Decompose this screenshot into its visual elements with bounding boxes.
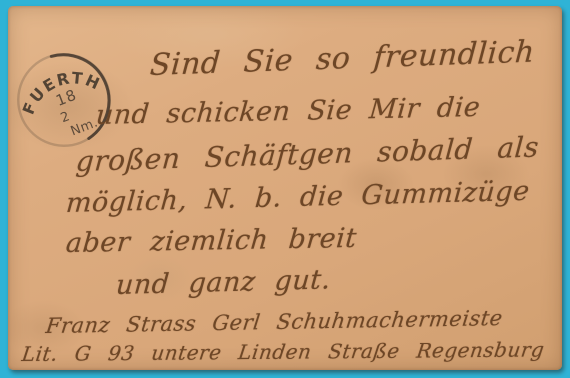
- handwritten-line-6: und ganz gut.: [115, 264, 332, 301]
- postcard-scan: { "postcard": { "postmark": { "town": "F…: [0, 0, 570, 378]
- handwritten-line-3: großen Schäftgen sobald als: [75, 130, 540, 178]
- handwritten-address-line: Lit. G 93 untere Linden Straße Regensbur…: [20, 337, 546, 366]
- handwritten-line-1: Sind Sie so freundlich: [149, 35, 536, 84]
- handwritten-line-4: möglich, N. b. die Gummizüge: [65, 176, 531, 219]
- postmark-month: 2: [59, 109, 72, 126]
- handwritten-line-5: aber ziemlich breit: [65, 223, 358, 259]
- handwritten-signature-line: Franz Strass Gerl Schuhmachermeiste: [45, 306, 505, 338]
- handwritten-line-2: und schicken Sie Mir die: [95, 92, 482, 131]
- postcard-front: FUERTH 18 2 Nm. Sind Sie so freundlich u…: [8, 6, 562, 370]
